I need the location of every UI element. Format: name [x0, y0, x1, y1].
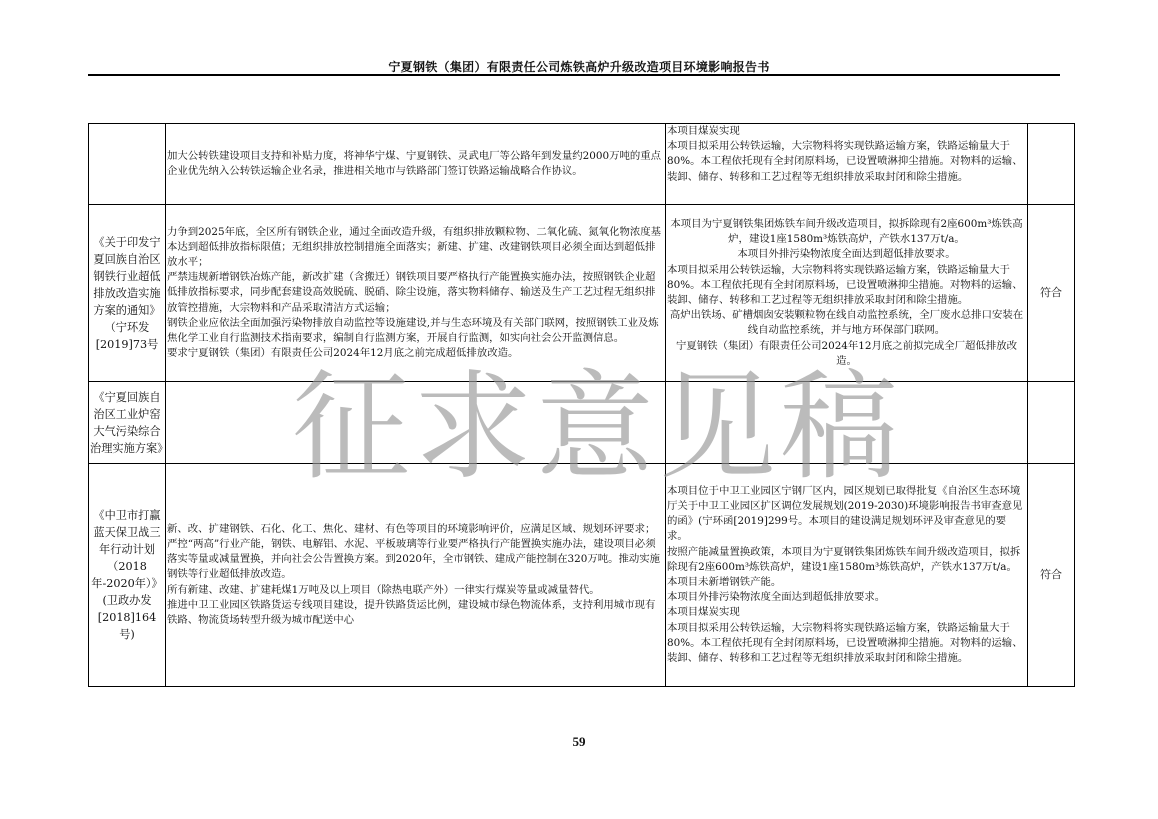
policy-compliance-table: 加大公转铁建设项目支持和补贴力度，将神华宁煤、宁夏钢铁、灵武电厂等公路年到发量约… [88, 123, 1075, 687]
requirement-text: 加大公转铁建设项目支持和补贴力度，将神华宁煤、宁夏钢铁、灵武电厂等公路年到发量约… [167, 149, 664, 179]
requirement-text: 钢铁企业应依法全面加强污染物排放自动监控等设施建设,并与生态环境及有关部门联网，… [167, 316, 664, 346]
project-text: 本项目拟采用公转铁运输，大宗物料将实现铁路运输方案，铁路运输量大于80%。本工程… [667, 621, 1026, 667]
project-text: 高炉出铁场、矿槽烟囱安装颗粒物在线自动监控系统，全厂废水总排口安装在线自动监控系… [667, 308, 1026, 338]
policy-cell: 《关于印发宁夏回族自治区钢铁行业超低排放改造实施方案的通知》（宁环发[2019]… [89, 205, 166, 382]
page-number: 59 [0, 734, 1158, 750]
requirement-text: 严禁违规新增钢铁冶炼产能，新改扩建（含搬迁）钢铁项目要严格执行产能置换实施办法，… [167, 270, 664, 316]
policy-cell [89, 124, 166, 205]
status-cell [1028, 382, 1075, 464]
requirement-text: 所有新建、改建、扩建耗煤1万吨及以上项目（除热电联产外）一律实行煤炭等量或减量替… [167, 583, 664, 598]
requirements-cell [166, 382, 666, 464]
project-cell: 本项目为宁夏钢铁集团炼铁车间升级改造项目，拟拆除现有2座600m³炼铁高炉，建设… [666, 205, 1028, 382]
document-header-title: 宁夏钢铁（集团）有限责任公司炼铁高炉升级改造项目环境影响报告书 [0, 58, 1158, 75]
requirement-text: 推进中卫工业园区铁路货运专线项目建设，提升铁路货运比例，建设城市绿色物流体系，支… [167, 598, 664, 628]
project-text: 宁夏钢铁（集团）有限责任公司2024年12月底之前拟完成全厂超低排放改造。 [667, 339, 1026, 369]
requirement-text: 新、改、扩建钢铁、石化、化工、焦化、建材、有色等项目的环境影响评价，应满足区域、… [167, 522, 664, 537]
project-text: 本项目煤炭实现 [667, 124, 1026, 139]
project-text: 本项目为宁夏钢铁集团炼铁车间升级改造项目，拟拆除现有2座600m³炼铁高炉，建设… [667, 217, 1026, 247]
project-text: 本项目外排污染物浓度全面达到超低排放要求。 [667, 247, 1026, 262]
project-cell [666, 382, 1028, 464]
project-text: 按照产能减量置换政策，本项目为宁夏钢铁集团炼铁车间升级改造项目，拟拆除现有2座6… [667, 545, 1026, 591]
requirement-text: 力争到2025年底，全区所有钢铁企业，通过全面改造升级，有组织排放颗粒物、二氧化… [167, 225, 664, 271]
table-row: 《关于印发宁夏回族自治区钢铁行业超低排放改造实施方案的通知》（宁环发[2019]… [89, 205, 1075, 382]
status-cell: 符合 [1028, 205, 1075, 382]
requirements-cell: 加大公转铁建设项目支持和补贴力度，将神华宁煤、宁夏钢铁、灵武电厂等公路年到发量约… [166, 124, 666, 205]
project-text: 本项目外排污染物浓度全面达到超低排放要求。 [667, 590, 1026, 605]
requirements-cell: 新、改、扩建钢铁、石化、化工、焦化、建材、有色等项目的环境影响评价，应满足区域、… [166, 464, 666, 687]
project-text: 本项目位于中卫工业园区宁钢厂区内，园区规划已取得批复《自治区生态环境厅关于中卫工… [667, 484, 1026, 545]
requirements-cell: 力争到2025年底，全区所有钢铁企业，通过全面改造升级，有组织排放颗粒物、二氧化… [166, 205, 666, 382]
project-cell: 本项目位于中卫工业园区宁钢厂区内，园区规划已取得批复《自治区生态环境厅关于中卫工… [666, 464, 1028, 687]
status-cell [1028, 124, 1075, 205]
project-text: 本项目拟采用公转铁运输，大宗物料将实现铁路运输方案，铁路运输量大于80%。本工程… [667, 139, 1026, 185]
status-cell: 符合 [1028, 464, 1075, 687]
table-row: 加大公转铁建设项目支持和补贴力度，将神华宁煤、宁夏钢铁、灵武电厂等公路年到发量约… [89, 124, 1075, 205]
table-row: 《宁夏回族自治区工业炉窑大气污染综合治理实施方案》 [89, 382, 1075, 464]
project-text: 本项目煤炭实现 [667, 605, 1026, 620]
project-cell: 本项目煤炭实现 本项目拟采用公转铁运输，大宗物料将实现铁路运输方案，铁路运输量大… [666, 124, 1028, 205]
project-text: 本项目拟采用公转铁运输，大宗物料将实现铁路运输方案，铁路运输量大于80%。本工程… [667, 263, 1026, 309]
policy-cell: 《中卫市打赢蓝天保卫战三年行动计划（2018年-2020年）》(卫政办发[201… [89, 464, 166, 687]
table-row: 《中卫市打赢蓝天保卫战三年行动计划（2018年-2020年）》(卫政办发[201… [89, 464, 1075, 687]
header-divider [88, 74, 1060, 76]
requirement-text: 要求宁夏钢铁（集团）有限责任公司2024年12月底之前完成超低排放改造。 [167, 346, 664, 361]
policy-cell: 《宁夏回族自治区工业炉窑大气污染综合治理实施方案》 [89, 382, 166, 464]
requirement-text: 严控“两高”行业产能，钢铁、电解铝、水泥、平板玻璃等行业要严格执行产能置换实施办… [167, 537, 664, 583]
